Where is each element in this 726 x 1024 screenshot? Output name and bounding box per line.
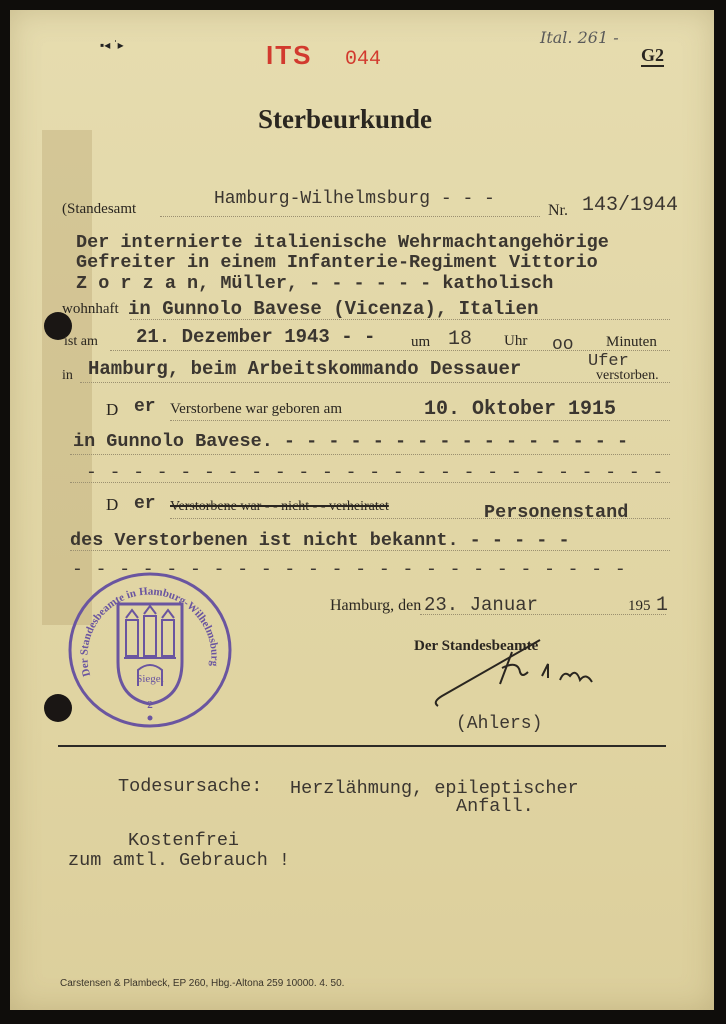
issued-place-label: Hamburg, den	[330, 597, 421, 615]
death-minutes: oo	[552, 335, 574, 355]
death-hour: 18	[448, 328, 472, 351]
document-title: Sterbeurkunde	[258, 104, 432, 135]
death-label-verstorben: verstorben.	[596, 368, 659, 384]
residence-label: wohnhaft	[62, 301, 119, 318]
reference-code: G2	[641, 45, 664, 67]
residence-value: in Gunnolo Bavese (Vicenza), Italien	[128, 298, 538, 320]
marital-typed-er: er	[134, 494, 156, 514]
issued-year-suffix: 1	[656, 594, 668, 617]
issued-year-prefix: 195	[628, 598, 651, 615]
official-seal: Der Standesbeamte in Hamburg-Wilhelmsbur…	[66, 570, 236, 730]
death-label-minuten: Minuten	[606, 334, 657, 351]
death-label-in: in	[62, 368, 73, 384]
marital-struck-text: Verstorbene war - - nicht - - verheirate…	[170, 499, 389, 515]
marital-typed-continuation: Personenstand	[484, 502, 628, 523]
signature-scribble	[430, 636, 610, 712]
printer-imprint: Carstensen & Plambeck, EP 260, Hbg.-Alto…	[60, 978, 344, 989]
birth-label-d: D	[106, 400, 118, 420]
fee-note-line-1: Kostenfrei	[128, 830, 239, 851]
registry-nr-label: Nr.	[548, 202, 568, 220]
its-stamp-number: 044	[345, 48, 381, 71]
cause-value-line-1: Herzlähmung, epileptischer	[290, 778, 579, 799]
birth-date: 10. Oktober 1915	[424, 398, 616, 421]
registry-label: (Standesamt	[62, 201, 136, 218]
death-label-uhr: Uhr	[504, 333, 527, 350]
death-label-ist-am: ist am	[64, 334, 98, 350]
person-line-1: Der internierte italienische Wehrmachtan…	[76, 232, 609, 253]
seal-text: Der Standesbeamte in Hamburg-Wilhelmsbur…	[78, 586, 220, 678]
seal-inner-text: Siegel	[136, 673, 164, 685]
person-line-2: Gefreiter in einem Infanterie-Regiment V…	[76, 252, 598, 273]
section-divider	[58, 745, 666, 747]
registry-office: Hamburg-Wilhelmsburg - - -	[214, 189, 495, 209]
birth-place: in Gunnolo Bavese. - - - - - - - - - - -…	[73, 431, 628, 452]
fee-note-line-2: zum amtl. Gebrauch !	[68, 850, 290, 871]
its-stamp: ITS	[266, 40, 312, 71]
issued-date: 23. Januar	[424, 594, 538, 616]
death-place: Hamburg, beim Arbeitskommando Dessauer	[88, 358, 521, 380]
svg-text:Der Standesbeamte in Hamburg-W: Der Standesbeamte in Hamburg-Wilhelmsbur…	[78, 586, 220, 678]
marital-line-2: des Verstorbenen ist nicht bekannt. - - …	[70, 530, 570, 551]
registry-nr-value: 143/1944	[582, 194, 678, 217]
birth-fill-dashes: - - - - - - - - - - - - - - - - - - - - …	[86, 463, 664, 483]
marital-label-d: D	[106, 495, 118, 515]
seal-number: 2	[147, 699, 153, 711]
signatory-name: (Ahlers)	[456, 714, 542, 734]
stray-marks: ▪◂ ˈ▸	[100, 38, 124, 52]
death-label-um: um	[411, 334, 430, 351]
cause-label: Todesursache:	[118, 776, 262, 797]
cause-value-line-2: Anfall.	[456, 796, 534, 817]
birth-typed-er: er	[134, 397, 156, 417]
birth-label: Verstorbene war geboren am	[170, 401, 342, 418]
person-line-3: Z o r z a n, Müller, - - - - - - katholi…	[76, 273, 553, 294]
handwritten-reference: Ital. 261 -	[540, 28, 619, 47]
death-date: 21. Dezember 1943 - -	[136, 326, 375, 348]
